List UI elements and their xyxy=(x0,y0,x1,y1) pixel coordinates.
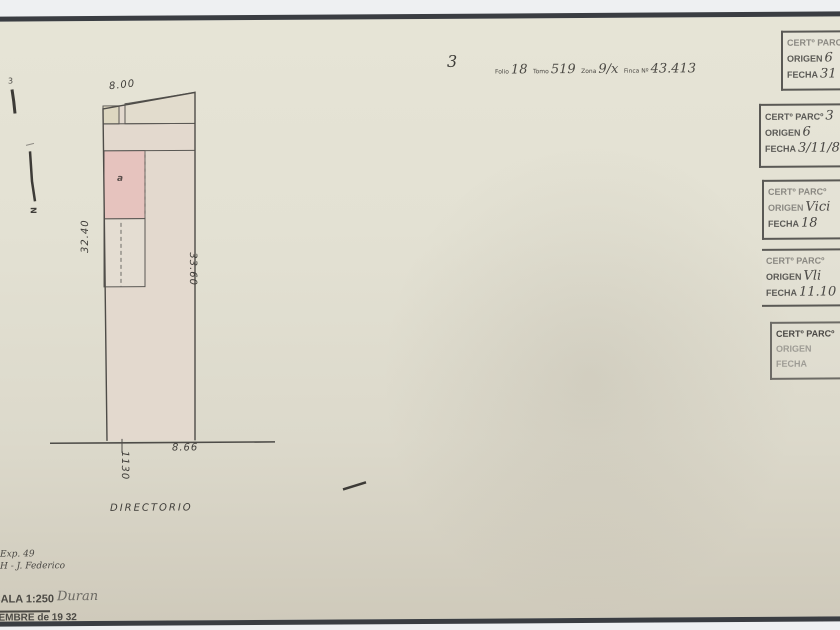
pencil-mark xyxy=(340,477,380,497)
parcel-label: a xyxy=(117,174,124,184)
dim-offset: 1130 xyxy=(119,451,130,481)
stamp-origen-value: Vici xyxy=(806,199,831,214)
folio-label: Folio xyxy=(495,68,509,75)
stamp-fecha-label: FECHA xyxy=(765,144,796,154)
stamp-fecha-value: 3/11/8 xyxy=(798,140,840,155)
stamp-cert-label: CERTº PARCº xyxy=(768,187,826,197)
stamp-4: CERTº PARCº ORIGENVli FECHA11.10 xyxy=(762,248,840,307)
stamp-2: CERTº PARCº3 ORIGEN6 FECHA3/11/8 xyxy=(759,103,840,168)
svg-text:3: 3 xyxy=(8,76,13,85)
stamp-5: CERTº PARCº ORIGEN FECHA xyxy=(770,321,840,379)
stamp-fecha-label: FECHA xyxy=(766,288,797,298)
stamp-3: CERTº PARCº ORIGENVici FECHA18 xyxy=(762,179,840,240)
author-line-1: Exp. 49 xyxy=(0,548,65,560)
stamp-fecha-label: FECHA xyxy=(787,70,818,80)
document-sheet: 3 Folio18 Tomo519 Zona9/x Finca Nº43.413… xyxy=(0,11,840,626)
stamp-cert-label: CERTº PARCº xyxy=(766,256,824,266)
street-name: DIRECTORIO xyxy=(110,502,193,514)
stamp-1: CERTº PARC ORIGEN6 FECHA31 xyxy=(781,30,840,90)
zona-value: 9/x xyxy=(598,62,618,77)
plot-drawing xyxy=(40,80,300,462)
finca-label: Finca Nº xyxy=(624,68,649,75)
paper-shading xyxy=(380,137,800,620)
stamp-fecha-value: 31 xyxy=(820,66,837,81)
stamp-fecha-label: FECHA xyxy=(768,219,799,229)
stamp-fecha-value: 11.10 xyxy=(799,284,836,299)
stamp-origen-label: ORIGEN xyxy=(766,272,802,282)
stamp-fecha-value: 18 xyxy=(801,216,818,231)
tomo-value: 519 xyxy=(551,62,576,77)
scale-label: ESCALA 1:250 xyxy=(0,593,54,605)
stamp-fecha-label: FECHA xyxy=(776,359,807,369)
dim-front-bottom: 8.66 xyxy=(172,442,198,453)
north-label: N xyxy=(29,206,38,214)
date-label: NOVIEMBRE de 19 32 xyxy=(0,612,77,624)
stamp-origen-label: ORIGEN xyxy=(768,203,804,213)
dim-right-depth: 33.60 xyxy=(187,252,198,286)
author-line-2: H - J. Federico xyxy=(0,560,65,572)
stamp-cert-value: 3 xyxy=(825,108,833,123)
stamp-cert-label: CERTº PARCº xyxy=(765,112,823,122)
author-note: Exp. 49 H - J. Federico xyxy=(0,548,65,572)
surveyor-signature: Duran xyxy=(57,589,98,604)
registry-reference: Folio18 Tomo519 Zona9/x Finca Nº43.413 xyxy=(493,61,696,77)
finca-value: 43.413 xyxy=(651,61,697,76)
stamp-origen-value: Vli xyxy=(804,269,822,284)
dim-left-depth: 32.40 xyxy=(80,219,91,253)
stamp-cert-label: CERTº PARCº xyxy=(776,328,834,338)
stamp-cert-label: CERTº PARC xyxy=(787,37,840,47)
zona-label: Zona xyxy=(581,68,596,75)
stamp-origen-label: ORIGEN xyxy=(765,128,801,138)
stamp-origen-label: ORIGEN xyxy=(776,344,812,354)
page-number: 3 xyxy=(447,52,457,71)
tomo-label: Tomo xyxy=(533,68,549,75)
stamp-origen-value: 6 xyxy=(825,50,833,65)
folio-value: 18 xyxy=(511,62,528,77)
stamp-origen-label: ORIGEN xyxy=(787,54,823,64)
stamp-origen-value: 6 xyxy=(803,125,811,140)
